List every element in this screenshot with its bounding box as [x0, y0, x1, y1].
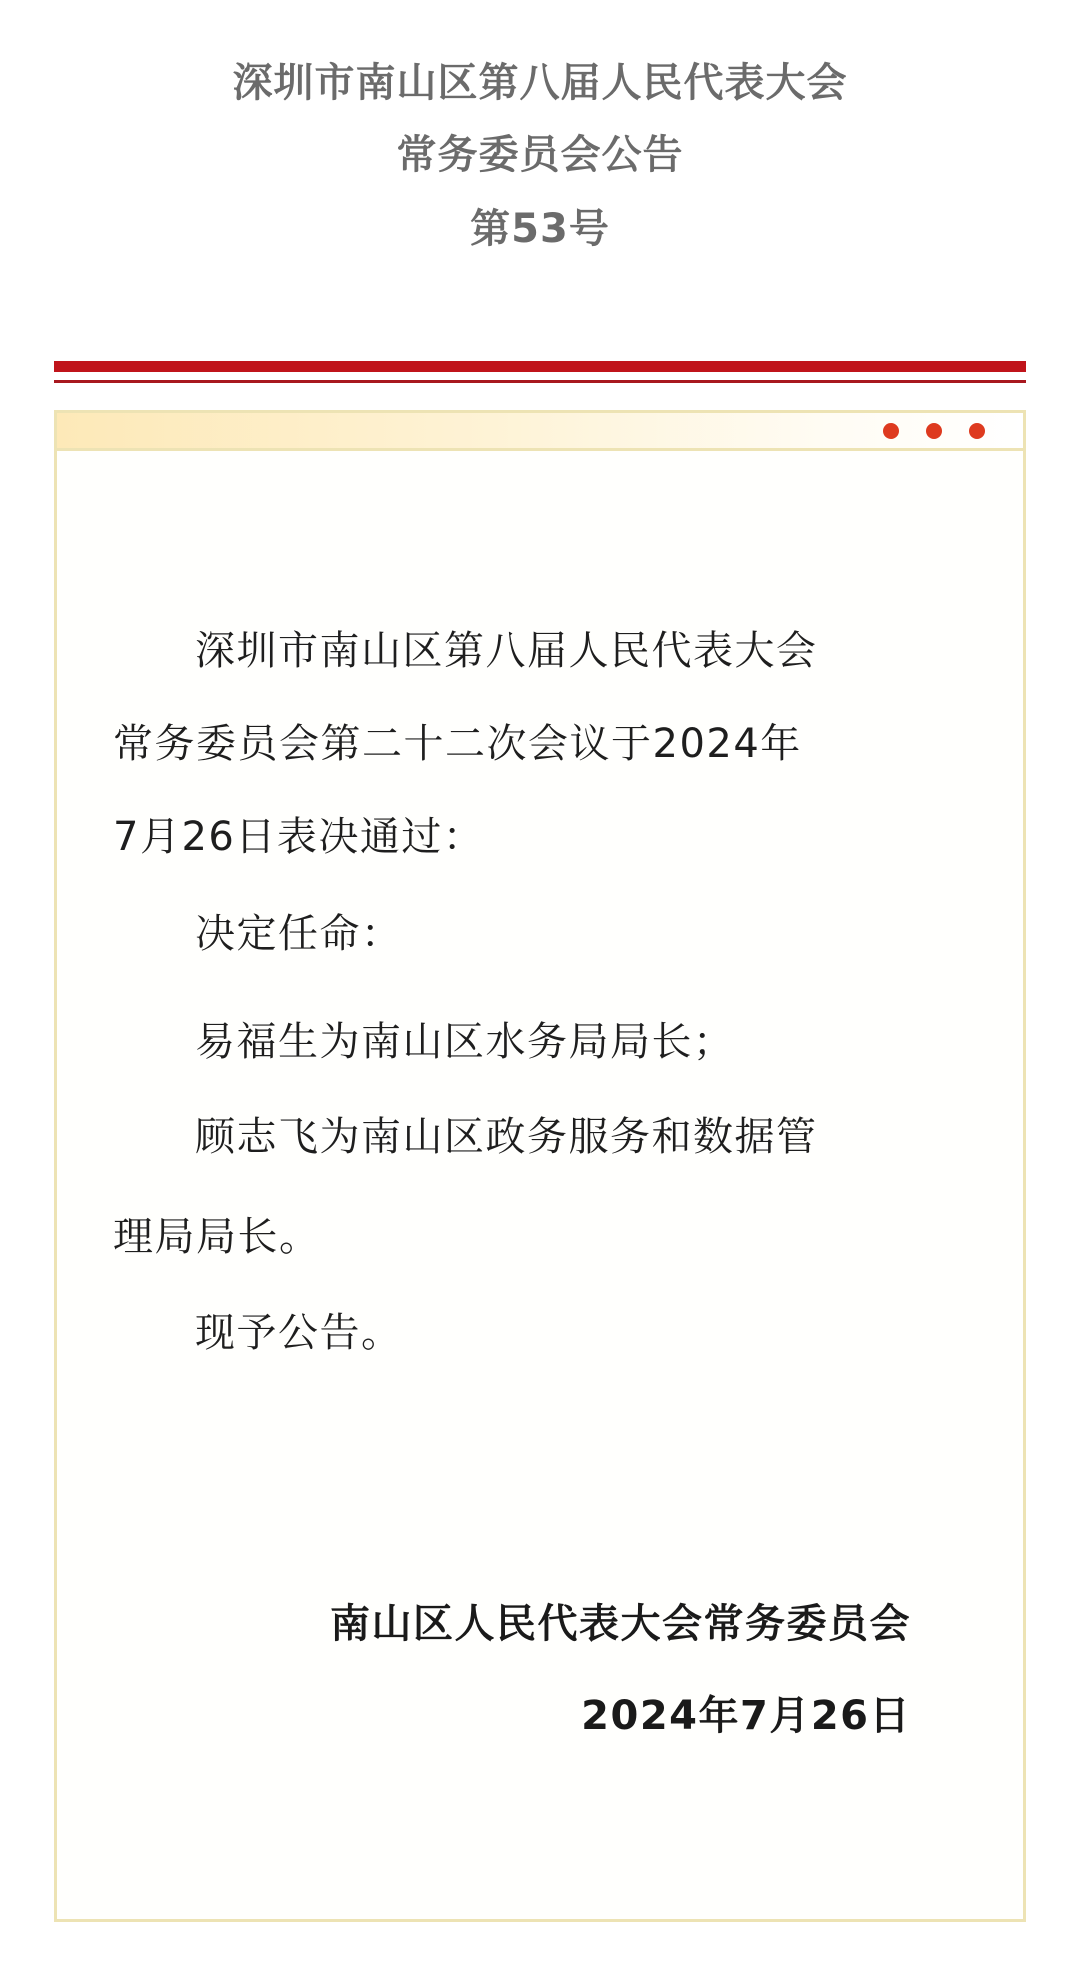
red-rule-thick [54, 361, 1026, 372]
body-line: 决定任命： [195, 909, 403, 959]
signature-issuer: 南山区人民代表大会常务委员会 [330, 1599, 911, 1649]
dot-icon [969, 423, 985, 439]
dot-icon [926, 423, 942, 439]
body-line: 常务委员会第二十二次会议于2024年 [113, 719, 802, 769]
appointment-line: 理局局长。 [113, 1212, 321, 1262]
card-header-band [57, 413, 1023, 451]
announcement-card: 深圳市南山区第八届人民代表大会 常务委员会第二十二次会议于2024年 7月26日… [54, 410, 1026, 1922]
announcement-number: 第53号 [0, 204, 1080, 254]
appointment-line: 易福生为南山区水务局局长； [195, 1017, 735, 1067]
body-line: 7月26日表决通过： [113, 812, 484, 862]
title-line-1: 深圳市南山区第八届人民代表大会 [0, 58, 1080, 108]
red-rule-thin [54, 380, 1026, 383]
body-line: 深圳市南山区第八届人民代表大会 [195, 626, 818, 676]
appointment-line: 顾志飞为南山区政务服务和数据管 [195, 1112, 818, 1162]
title-line-2: 常务委员会公告 [0, 130, 1080, 180]
signature-date: 2024年7月26日 [581, 1691, 911, 1741]
dot-icon [883, 423, 899, 439]
closing-line: 现予公告。 [195, 1308, 403, 1358]
